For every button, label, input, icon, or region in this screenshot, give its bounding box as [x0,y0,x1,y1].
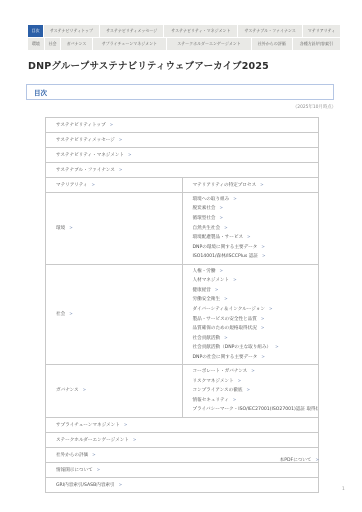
toc-item-label: 環境 [56,226,65,231]
toc-item-link[interactable]: 循環型社会> [193,214,317,224]
toc-cell-category: マテリアリティ> [46,178,183,193]
toc-cell: サステナビリティメッセージ> [46,133,319,148]
nav-tab[interactable]: サステナビリティ・マネジメント [164,25,237,37]
toc-item-link[interactable]: 社会貢献活動（DNPの主な取り組み）> [193,343,317,353]
toc-item-label: 社会貢献活動（DNPの主な取り組み） [193,345,272,350]
pdf-about-label: 本PDFについて [280,458,312,463]
nav-tab[interactable]: サステナビリティメッセージ [100,25,164,37]
toc-item-link[interactable]: GRI内容索引/SASB内容索引> [56,480,316,490]
toc-cell-subitems: マテリアリティの特定プロセス> [182,178,319,193]
toc-item-label: 人材マネジメント [193,278,230,283]
toc-section-label: 目次 [27,88,47,97]
chevron-right-icon: > [119,482,123,487]
toc-item-label: サステナビリティメッセージ [56,138,115,143]
chevron-right-icon: > [224,225,228,230]
page-number: 1 [342,487,345,492]
toc-item-label: ガバナンス [56,388,79,393]
nav-row-2: 環境社会ガバナンスサプライチェーンマネジメントステークホルダーエンゲージメント社… [28,38,340,50]
chevron-right-icon: > [261,325,265,330]
toc-item-link[interactable]: ダイバーシティ＆インクルージョン> [193,305,317,315]
chevron-right-icon: > [247,234,251,239]
toc-item-link[interactable]: 環境への取り組み> [193,195,317,205]
toc-item-label: 品質確保のための規格取得状況 [193,326,257,331]
toc-item-link[interactable]: 人権・労働> [193,267,317,277]
toc-item-label: マテリアリティの特定プロセス [193,183,257,188]
table-row: GRI内容索引/SASB内容索引> [46,477,319,492]
toc-item-label: GRI内容索引/SASB内容索引 [56,483,115,488]
toc-item-link[interactable]: 情報開示について> [56,465,316,475]
toc-cell-subitems: コーポレート・ガバナンス>リスクマネジメント>コンプライアンスの徹底>情報セキュ… [182,365,319,418]
nav-tab[interactable]: 各種方針/内容索引 [293,38,340,50]
toc-item-link[interactable]: コンプライアンスの徹底> [193,386,317,396]
toc-item-label: DNPの環境に関する主要データ [193,245,258,250]
chevron-right-icon: > [224,296,228,301]
chevron-right-icon: > [119,137,123,142]
table-row: 社外からの評価> [46,447,319,462]
toc-item-link[interactable]: 人材マネジメント> [193,276,317,286]
toc-cell: GRI内容索引/SASB内容索引> [46,477,319,492]
nav-tab[interactable]: 環境 [28,38,44,50]
toc-item-label: マテリアリティ [56,183,88,188]
as-of-date: （2025年10月時点） [293,104,336,110]
toc-cell: サプライチェーンマネジメント> [46,417,319,432]
toc-item-label: DNPの社会に関する主要データ [193,355,258,360]
toc-item-label: 労働安全衛生 [193,297,221,302]
nav-tab[interactable]: サプライチェーンマネジメント [93,38,167,50]
toc-cell: ステークホルダーエンゲージメント> [46,432,319,447]
toc-section-header: 目次 [26,84,334,100]
toc-item-label: 情報開示について [56,468,93,473]
chevron-right-icon: > [133,437,137,442]
top-navigation: 目次サステナビリティトップサステナビリティメッセージサステナビリティ・マネジメン… [28,25,340,51]
table-row: 社会>人権・労働>人材マネジメント>健康経営>労働安全衛生>ダイバーシティ＆イン… [46,264,319,365]
nav-tab[interactable]: ステークホルダーエンゲージメント [167,38,250,50]
toc-item-label: サプライチェーンマネジメント [56,423,120,428]
toc-item-label: プライバシーマーク・ISO/IEC27001(ISO27001)認証 取得状況 [193,407,319,412]
toc-item-label: 社会 [56,312,65,317]
toc-item-link[interactable]: コーポレート・ガバナンス> [193,367,317,377]
toc-cell: サステナビリティトップ> [46,118,319,133]
toc-item-label: 社外からの評価 [56,453,88,458]
chevron-right-icon: > [124,422,128,427]
toc-item-link[interactable]: ISO14001/森林/ISCCPlus 認証> [193,252,317,262]
toc-item-label: 人権・労働 [193,269,216,274]
chevron-right-icon: > [233,196,237,201]
chevron-right-icon: > [315,457,319,462]
toc-item-link[interactable]: サプライチェーンマネジメント> [56,420,316,430]
toc-item-link[interactable]: サステナビリティ・マネジメント> [56,150,316,160]
chevron-right-icon: > [97,467,101,472]
toc-item-link[interactable]: DNPの環境に関する主要データ> [193,243,317,253]
toc-item-link[interactable]: 自然共生社会> [193,224,317,234]
toc-item-link[interactable]: 健康経営> [193,286,317,296]
toc-item-link[interactable]: プライバシーマーク・ISO/IEC27001(ISO27001)認証 取得状況> [193,405,317,415]
nav-tab[interactable]: サステナブル・ファイナンス [238,25,302,37]
table-row: サステナブル・ファイナンス> [46,163,319,178]
toc-cell-category: ガバナンス> [46,365,183,418]
chevron-right-icon: > [246,387,250,392]
toc-item-link[interactable]: サステナビリティトップ> [56,120,316,130]
toc-cell: サステナビリティ・マネジメント> [46,148,319,163]
toc-cell-subitems: 人権・労働>人材マネジメント>健康経営>労働安全衛生>ダイバーシティ＆インクルー… [182,264,319,365]
toc-item-label: ダイバーシティ＆インクルージョン [193,307,265,312]
toc-item-link[interactable]: 社会貢献活動> [193,334,317,344]
toc-item-label: ISO14001/森林/ISCCPlus 認証 [193,254,258,259]
chevron-right-icon: > [261,244,265,249]
toc-item-label: 循環型社会 [193,216,216,221]
toc-cell: サステナブル・ファイナンス> [46,163,319,178]
chevron-right-icon: > [92,182,96,187]
toc-item-label: 健康経営 [193,288,211,293]
toc-item-link[interactable]: マテリアリティ> [56,180,180,190]
table-row: ガバナンス>コーポレート・ガバナンス>リスクマネジメント>コンプライアンスの徹底… [46,365,319,418]
toc-cell: 情報開示について> [46,462,319,477]
toc-item-link[interactable]: リスクマネジメント> [193,377,317,387]
toc-item-label: 情報セキュリティ [193,398,229,403]
nav-tab[interactable]: 社外からの評価 [252,38,292,50]
chevron-right-icon: > [92,452,96,457]
chevron-right-icon: > [69,311,73,316]
chevron-right-icon: > [233,397,237,402]
toc-item-link[interactable]: 労働安全衛生> [193,295,317,305]
nav-tab[interactable]: 社会 [45,38,61,50]
nav-tab[interactable]: マテリアリティ [303,25,340,37]
toc-item-link[interactable]: 社会> [56,310,180,320]
table-row: サプライチェーンマネジメント> [46,417,319,432]
chevron-right-icon: > [269,306,273,311]
toc-item-label: コーポレート・ガバナンス [193,369,248,374]
table-row: 環境>環境への取り組み>脱炭素社会>循環型社会>自然共生社会>環境配慮製品・サー… [46,193,319,265]
chevron-right-icon: > [261,316,265,321]
toc-table: サステナビリティトップ>サステナビリティメッセージ>サステナビリティ・マネジメン… [45,117,319,493]
chevron-right-icon: > [261,354,265,359]
toc-item-link[interactable]: 社外からの評価> [56,450,316,460]
page-title: DNPグループサステナビリティウェブアーカイブ2025 [28,58,269,72]
toc-item-link[interactable]: サステナビリティメッセージ> [56,135,316,145]
table-row: サステナビリティトップ> [46,118,319,133]
toc-item-link[interactable]: 環境配慮製品・サービス> [193,233,317,243]
toc-item-link[interactable]: 脱炭素社会> [193,204,317,214]
chevron-right-icon: > [224,335,228,340]
toc-item-label: 環境への取り組み [193,197,230,202]
pdf-about-link[interactable]: 本PDFについて> [280,457,319,463]
toc-item-label: ステークホルダーエンゲージメント [56,438,129,443]
nav-tab[interactable]: ガバナンス [61,38,91,50]
toc-item-link[interactable]: サステナブル・ファイナンス> [56,165,316,175]
chevron-right-icon: > [83,387,87,392]
toc-item-label: 脱炭素社会 [193,206,216,211]
nav-row-1: 目次サステナビリティトップサステナビリティメッセージサステナビリティ・マネジメン… [28,25,340,37]
toc-item-label: サステナビリティトップ [56,123,106,128]
toc-item-link[interactable]: DNPの社会に関する主要データ> [193,353,317,363]
toc-item-label: 社会貢献活動 [193,336,221,341]
table-row: サステナビリティメッセージ> [46,133,319,148]
toc-item-link[interactable]: 製品・サービスの安全性と品質> [193,315,317,325]
toc-cell-category: 社会> [46,264,183,365]
chevron-right-icon: > [69,225,73,230]
toc-item-label: サステナブル・ファイナンス [56,168,115,173]
toc-item-link[interactable]: 品質確保のための規格取得状況> [193,324,317,334]
toc-item-link[interactable]: 環境> [56,224,180,234]
chevron-right-icon: > [238,378,242,383]
toc-item-label: 環境配慮製品・サービス [193,235,244,240]
toc-item-label: リスクマネジメント [193,379,234,384]
chevron-right-icon: > [110,122,114,127]
toc-item-link[interactable]: マテリアリティの特定プロセス> [193,180,317,190]
toc-cell-subitems: 環境への取り組み>脱炭素社会>循環型社会>自然共生社会>環境配慮製品・サービス>… [182,193,319,265]
chevron-right-icon: > [275,344,279,349]
chevron-right-icon: > [260,182,264,187]
chevron-right-icon: > [251,368,255,373]
chevron-right-icon: > [215,287,219,292]
table-row: ステークホルダーエンゲージメント> [46,432,319,447]
chevron-right-icon: > [119,167,123,172]
chevron-right-icon: > [128,152,132,157]
chevron-right-icon: > [219,268,223,273]
table-row: マテリアリティ>マテリアリティの特定プロセス> [46,178,319,193]
nav-tab[interactable]: 目次 [28,25,43,37]
chevron-right-icon: > [233,277,237,282]
chevron-right-icon: > [219,215,223,220]
nav-tab[interactable]: サステナビリティトップ [44,25,99,37]
toc-table-body: サステナビリティトップ>サステナビリティメッセージ>サステナビリティ・マネジメン… [46,118,319,493]
toc-item-label: サステナビリティ・マネジメント [56,153,124,158]
toc-item-link[interactable]: ガバナンス> [56,386,180,396]
toc-cell-category: 環境> [46,193,183,265]
chevron-right-icon: > [262,253,266,258]
toc-cell: 社外からの評価> [46,447,319,462]
chevron-right-icon: > [219,205,223,210]
table-row: サステナビリティ・マネジメント> [46,148,319,163]
toc-item-label: 自然共生社会 [193,226,221,231]
toc-item-label: コンプライアンスの徹底 [193,388,243,393]
toc-item-link[interactable]: ステークホルダーエンゲージメント> [56,435,316,445]
table-row: 情報開示について> [46,462,319,477]
toc-item-label: 製品・サービスの安全性と品質 [193,317,257,322]
toc-item-link[interactable]: 情報セキュリティ> [193,396,317,406]
